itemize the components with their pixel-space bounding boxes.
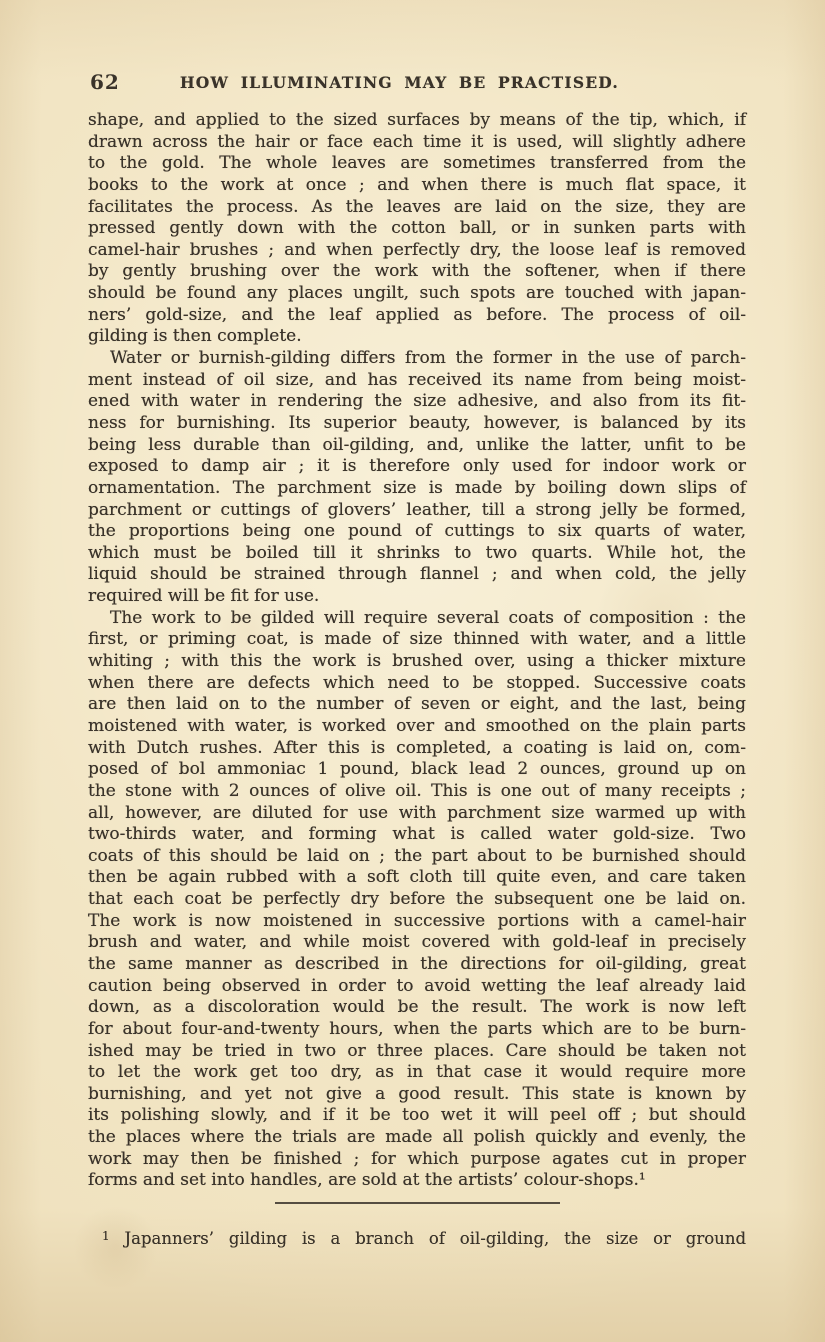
footnote-divider-bar [275,1202,560,1204]
text-line: required will be fit for use. [88,586,746,608]
text-line: whiting ; with this the work is brushed … [88,651,746,673]
page-number: 62 [90,70,120,94]
text-line: Water or burnish-gilding differs from th… [88,348,746,370]
text-line: books to the work at once ; and when the… [88,175,746,197]
text-line: ened with water in rendering the size ad… [88,391,746,413]
book-page: 62 HOW ILLUMINATING MAY BE PRACTISED. sh… [0,0,825,1342]
text-line: shape, and applied to the sized surfaces… [88,110,746,132]
text-line: liquid should be strained through flanne… [88,564,746,586]
text-line: the same manner as described in the dire… [88,954,746,976]
text-line: by gently brushing over the work with th… [88,261,746,283]
text-line: gilding is then complete. [88,326,746,348]
text-line: that each coat be perfectly dry before t… [88,889,746,911]
text-line: are then laid on to the number of seven … [88,694,746,716]
text-line: The work to be gilded will require sever… [88,608,746,630]
text-line: ness for burnishing. Its superior beauty… [88,413,746,435]
text-line: caution being observed in order to avoid… [88,976,746,998]
text-line: ment instead of oil size, and has receiv… [88,370,746,392]
text-line: the places where the trials are made all… [88,1127,746,1149]
text-line: first, or priming coat, is made of size … [88,629,746,651]
text-line: then be again rubbed with a soft cloth t… [88,867,746,889]
text-line: for about four-and-twenty hours, when th… [88,1019,746,1041]
footnote-marker: 1 [102,1229,110,1243]
running-title: HOW ILLUMINATING MAY BE PRACTISED. [180,73,619,92]
text-line: its polishing slowly, and if it be too w… [88,1105,746,1127]
text-line: pressed gently down with the cotton ball… [88,218,746,240]
text-line: camel-hair brushes ; and when perfectly … [88,240,746,262]
text-line: down, as a discoloration would be the re… [88,997,746,1019]
text-line: ished may be tried in two or three place… [88,1041,746,1063]
text-line: work may then be finished ; for which pu… [88,1149,746,1171]
text-line: the proportions being one pound of cutti… [88,521,746,543]
text-line: to the gold. The whole leaves are someti… [88,153,746,175]
text-line: coats of this should be laid on ; the pa… [88,846,746,868]
text-line: brush and water, and while moist covered… [88,932,746,954]
text-line: which must be boiled till it shrinks to … [88,543,746,565]
paragraph: shape, and applied to the sized surfaces… [88,110,746,348]
text-line: the stone with 2 ounces of olive oil. Th… [88,781,746,803]
page-header: 62 HOW ILLUMINATING MAY BE PRACTISED. [88,70,746,96]
text-line: facilitates the process. As the leaves a… [88,197,746,219]
text-line: to let the work get too dry, as in that … [88,1062,746,1084]
paragraph: The work to be gilded will require sever… [88,608,746,1192]
text-line: burnishing, and yet not give a good resu… [88,1084,746,1106]
text-line: posed of bol ammoniac 1 pound, black lea… [88,759,746,781]
footnote-text: Japanners’ gilding is a branch of oil-gi… [125,1229,746,1248]
text-line: all, however, are diluted for use with p… [88,803,746,825]
text-line: drawn across the hair or face each time … [88,132,746,154]
body-text: shape, and applied to the sized surfaces… [88,110,746,1192]
text-line: two-thirds water, and forming what is ca… [88,824,746,846]
text-line: forms and set into handles, are sold at … [88,1170,746,1192]
paragraph: Water or burnish-gilding differs from th… [88,348,746,608]
text-line: parchment or cuttings of glovers’ leathe… [88,500,746,522]
footnote: 1 Japanners’ gilding is a branch of oil-… [88,1226,746,1249]
text-line: being less durable than oil-gilding, and… [88,435,746,457]
footnote-divider [88,1202,746,1204]
text-line: should be found any places ungilt, such … [88,283,746,305]
text-line: The work is now moistened in successive … [88,911,746,933]
text-line: ners’ gold-size, and the leaf applied as… [88,305,746,327]
text-line: with Dutch rushes. After this is complet… [88,738,746,760]
text-line: moistened with water, is worked over and… [88,716,746,738]
text-line: exposed to damp air ; it is therefore on… [88,456,746,478]
text-line: when there are defects which need to be … [88,673,746,695]
text-line: ornamentation. The parchment size is mad… [88,478,746,500]
